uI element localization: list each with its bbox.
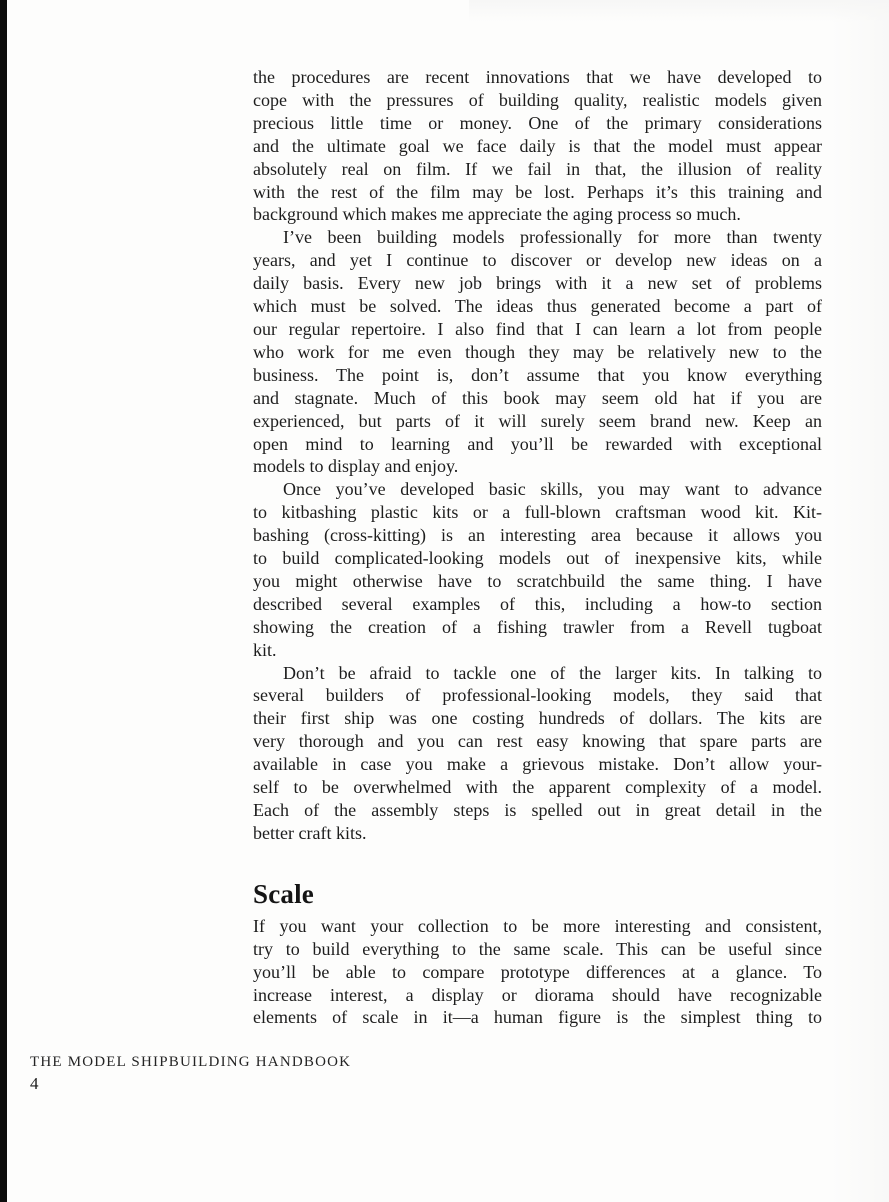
text-line: you might otherwise have to scratchbuild… bbox=[253, 570, 822, 593]
page-number: 4 bbox=[30, 1074, 351, 1094]
text-line: business. The point is, don’t assume tha… bbox=[253, 364, 822, 387]
text-line: If you want your collection to be more i… bbox=[253, 915, 822, 938]
scan-noise-right bbox=[831, 0, 889, 1202]
text-line: self to be overwhelmed with the apparent… bbox=[253, 776, 822, 799]
text-line: bashing (cross-kitting) is an interestin… bbox=[253, 524, 822, 547]
scanned-book-page: the procedures are recent innovations th… bbox=[0, 0, 889, 1202]
text-line: and stagnate. Much of this book may seem… bbox=[253, 387, 822, 410]
text-line: and the ultimate goal we face daily is t… bbox=[253, 135, 822, 158]
text-line: with the rest of the film may be lost. P… bbox=[253, 181, 822, 204]
text-line: who work for me even though they may be … bbox=[253, 341, 822, 364]
text-line: absolutely real on film. If we fail in t… bbox=[253, 158, 822, 181]
text-line: available in case you make a grievous mi… bbox=[253, 753, 822, 776]
body-text: the procedures are recent innovations th… bbox=[253, 66, 822, 1029]
text-line: our regular repertoire. I also find that… bbox=[253, 318, 822, 341]
text-line: I’ve been building models professionally… bbox=[253, 226, 822, 249]
scan-edge-bar bbox=[0, 0, 7, 1202]
text-line: showing the creation of a fishing trawle… bbox=[253, 616, 822, 639]
text-line: elements of scale in it—a human figure i… bbox=[253, 1006, 822, 1029]
text-line: experienced, but parts of it will surely… bbox=[253, 410, 822, 433]
text-line: open mind to learning and you’ll be rewa… bbox=[253, 433, 822, 456]
text-line: to build complicated-looking models out … bbox=[253, 547, 822, 570]
section-heading: Scale bbox=[253, 879, 822, 909]
text-line: daily basis. Every new job brings with i… bbox=[253, 272, 822, 295]
page-footer: THE MODEL SHIPBUILDING HANDBOOK 4 bbox=[30, 1054, 351, 1094]
text-line: Each of the assembly steps is spelled ou… bbox=[253, 799, 822, 822]
text-line: cope with the pressures of building qual… bbox=[253, 89, 822, 112]
text-line: Don’t be afraid to tackle one of the lar… bbox=[253, 662, 822, 685]
text-line: to kitbashing plastic kits or a full-blo… bbox=[253, 501, 822, 524]
text-line: Once you’ve developed basic skills, you … bbox=[253, 478, 822, 501]
text-line: background which makes me appreciate the… bbox=[253, 203, 822, 226]
text-line: very thorough and you can rest easy know… bbox=[253, 730, 822, 753]
text-line: try to build everything to the same scal… bbox=[253, 938, 822, 961]
text-line: increase interest, a display or diorama … bbox=[253, 984, 822, 1007]
text-line: better craft kits. bbox=[253, 822, 822, 845]
text-line: years, and yet I continue to discover or… bbox=[253, 249, 822, 272]
text-line: which must be solved. The ideas thus gen… bbox=[253, 295, 822, 318]
text-line: the procedures are recent innovations th… bbox=[253, 66, 822, 89]
text-line: models to display and enjoy. bbox=[253, 455, 822, 478]
text-line: precious little time or money. One of th… bbox=[253, 112, 822, 135]
text-line: described several examples of this, incl… bbox=[253, 593, 822, 616]
scan-noise-top bbox=[469, 0, 889, 22]
text-line: kit. bbox=[253, 639, 822, 662]
text-line: their first ship was one costing hundred… bbox=[253, 707, 822, 730]
text-line: several builders of professional-looking… bbox=[253, 684, 822, 707]
running-title: THE MODEL SHIPBUILDING HANDBOOK bbox=[30, 1054, 351, 1071]
text-line: you’ll be able to compare prototype diff… bbox=[253, 961, 822, 984]
